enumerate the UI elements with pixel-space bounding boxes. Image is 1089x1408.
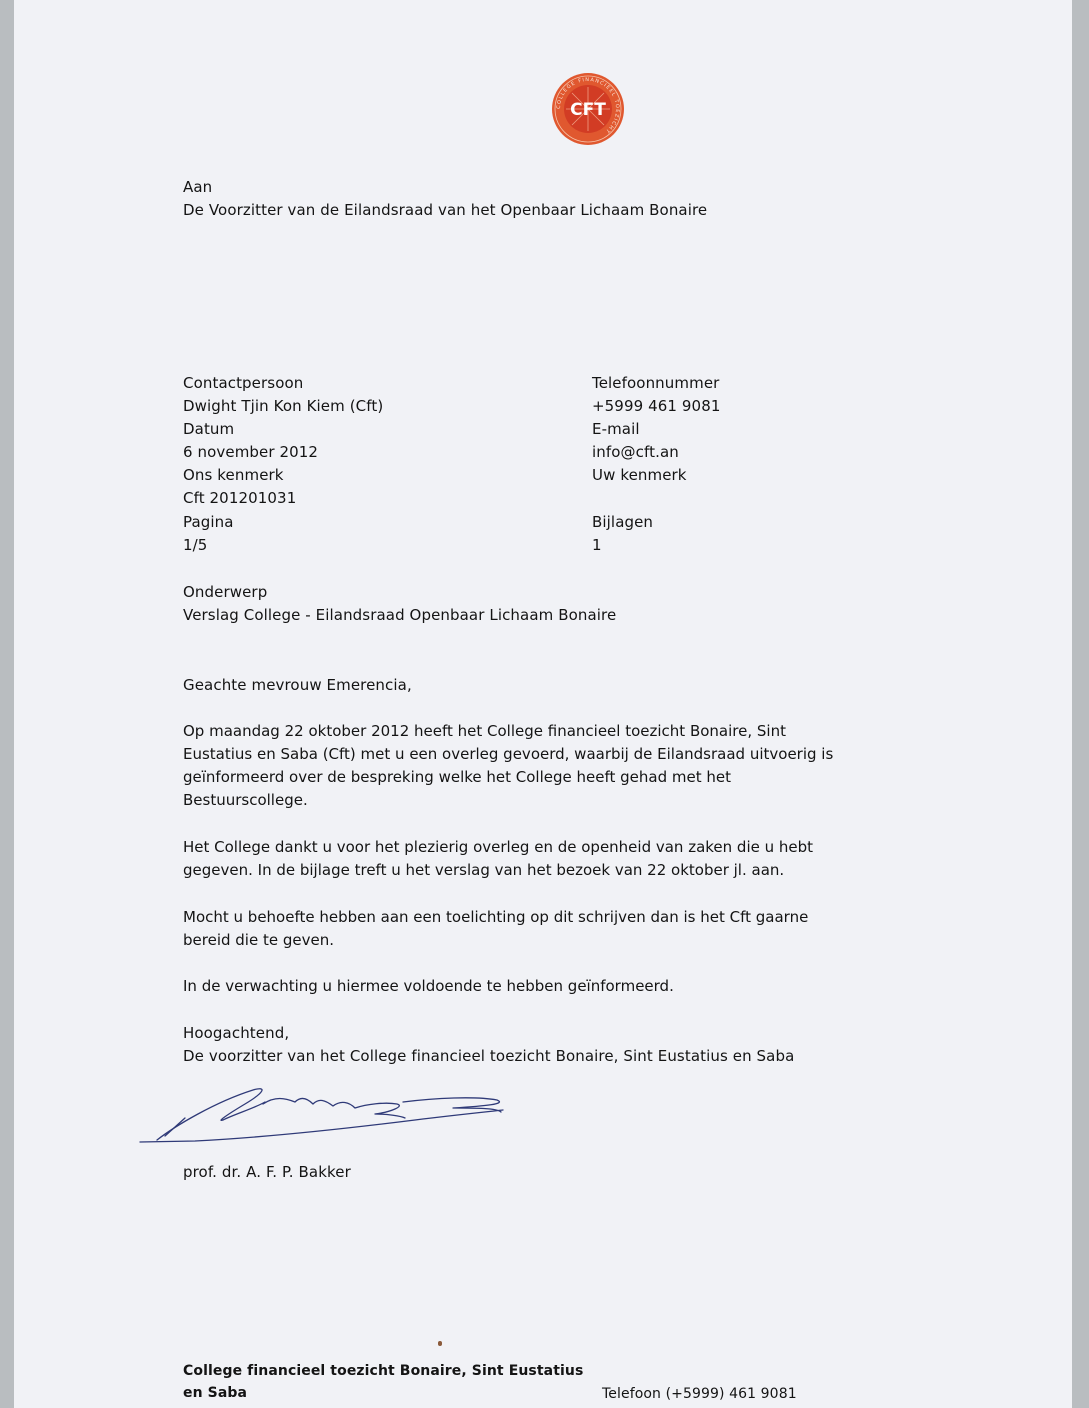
- signature-image: [135, 1078, 515, 1150]
- our-ref-label: Ons kenmerk: [183, 464, 284, 487]
- footer-phone: Telefoon (+5999) 461 9081: [602, 1383, 797, 1406]
- subject-value: Verslag College - Eilandsraad Openbaar L…: [183, 604, 616, 627]
- body-paragraph: Op maandag 22 oktober 2012 heeft het Col…: [183, 720, 903, 812]
- closing-title: De voorzitter van het College financieel…: [183, 1045, 794, 1068]
- email-label: E-mail: [592, 418, 640, 441]
- email-value[interactable]: info@cft.an: [592, 441, 679, 464]
- your-ref-label: Uw kenmerk: [592, 464, 687, 487]
- contact-value: Dwight Tjin Kon Kiem (Cft): [183, 395, 383, 418]
- our-ref-value: Cft 201201031: [183, 487, 296, 510]
- body-paragraph: Mocht u behoefte hebben aan een toelicht…: [183, 906, 903, 952]
- page-value: 1/5: [183, 534, 207, 557]
- contact-label: Contactpersoon: [183, 372, 303, 395]
- footer-org-line2: en Saba: [183, 1382, 247, 1405]
- address-label: Aan: [183, 176, 212, 199]
- phone-label: Telefoonnummer: [592, 372, 719, 395]
- body-paragraph: In de verwachting u hiermee voldoende te…: [183, 975, 903, 998]
- page-label: Pagina: [183, 511, 234, 534]
- subject-label: Onderwerp: [183, 581, 267, 604]
- closing-greeting: Hoogachtend,: [183, 1022, 289, 1045]
- date-label: Datum: [183, 418, 234, 441]
- svg-text:CFT: CFT: [570, 100, 606, 120]
- attachments-value: 1: [592, 534, 602, 557]
- phone-value: +5999 461 9081: [592, 395, 720, 418]
- attachments-label: Bijlagen: [592, 511, 653, 534]
- signatory-name: prof. dr. A. F. P. Bakker: [183, 1161, 351, 1184]
- salutation: Geachte mevrouw Emerencia,: [183, 674, 412, 697]
- date-value: 6 november 2012: [183, 441, 318, 464]
- cft-logo: COLLEGE FINANCIEEL TOEZICHT CFT: [551, 72, 625, 146]
- scan-speck: [438, 1341, 442, 1346]
- footer-org-line1: College financieel toezicht Bonaire, Sin…: [183, 1360, 583, 1383]
- recipient: De Voorzitter van de Eilandsraad van het…: [183, 199, 707, 222]
- body-paragraph: Het College dankt u voor het plezierig o…: [183, 836, 903, 882]
